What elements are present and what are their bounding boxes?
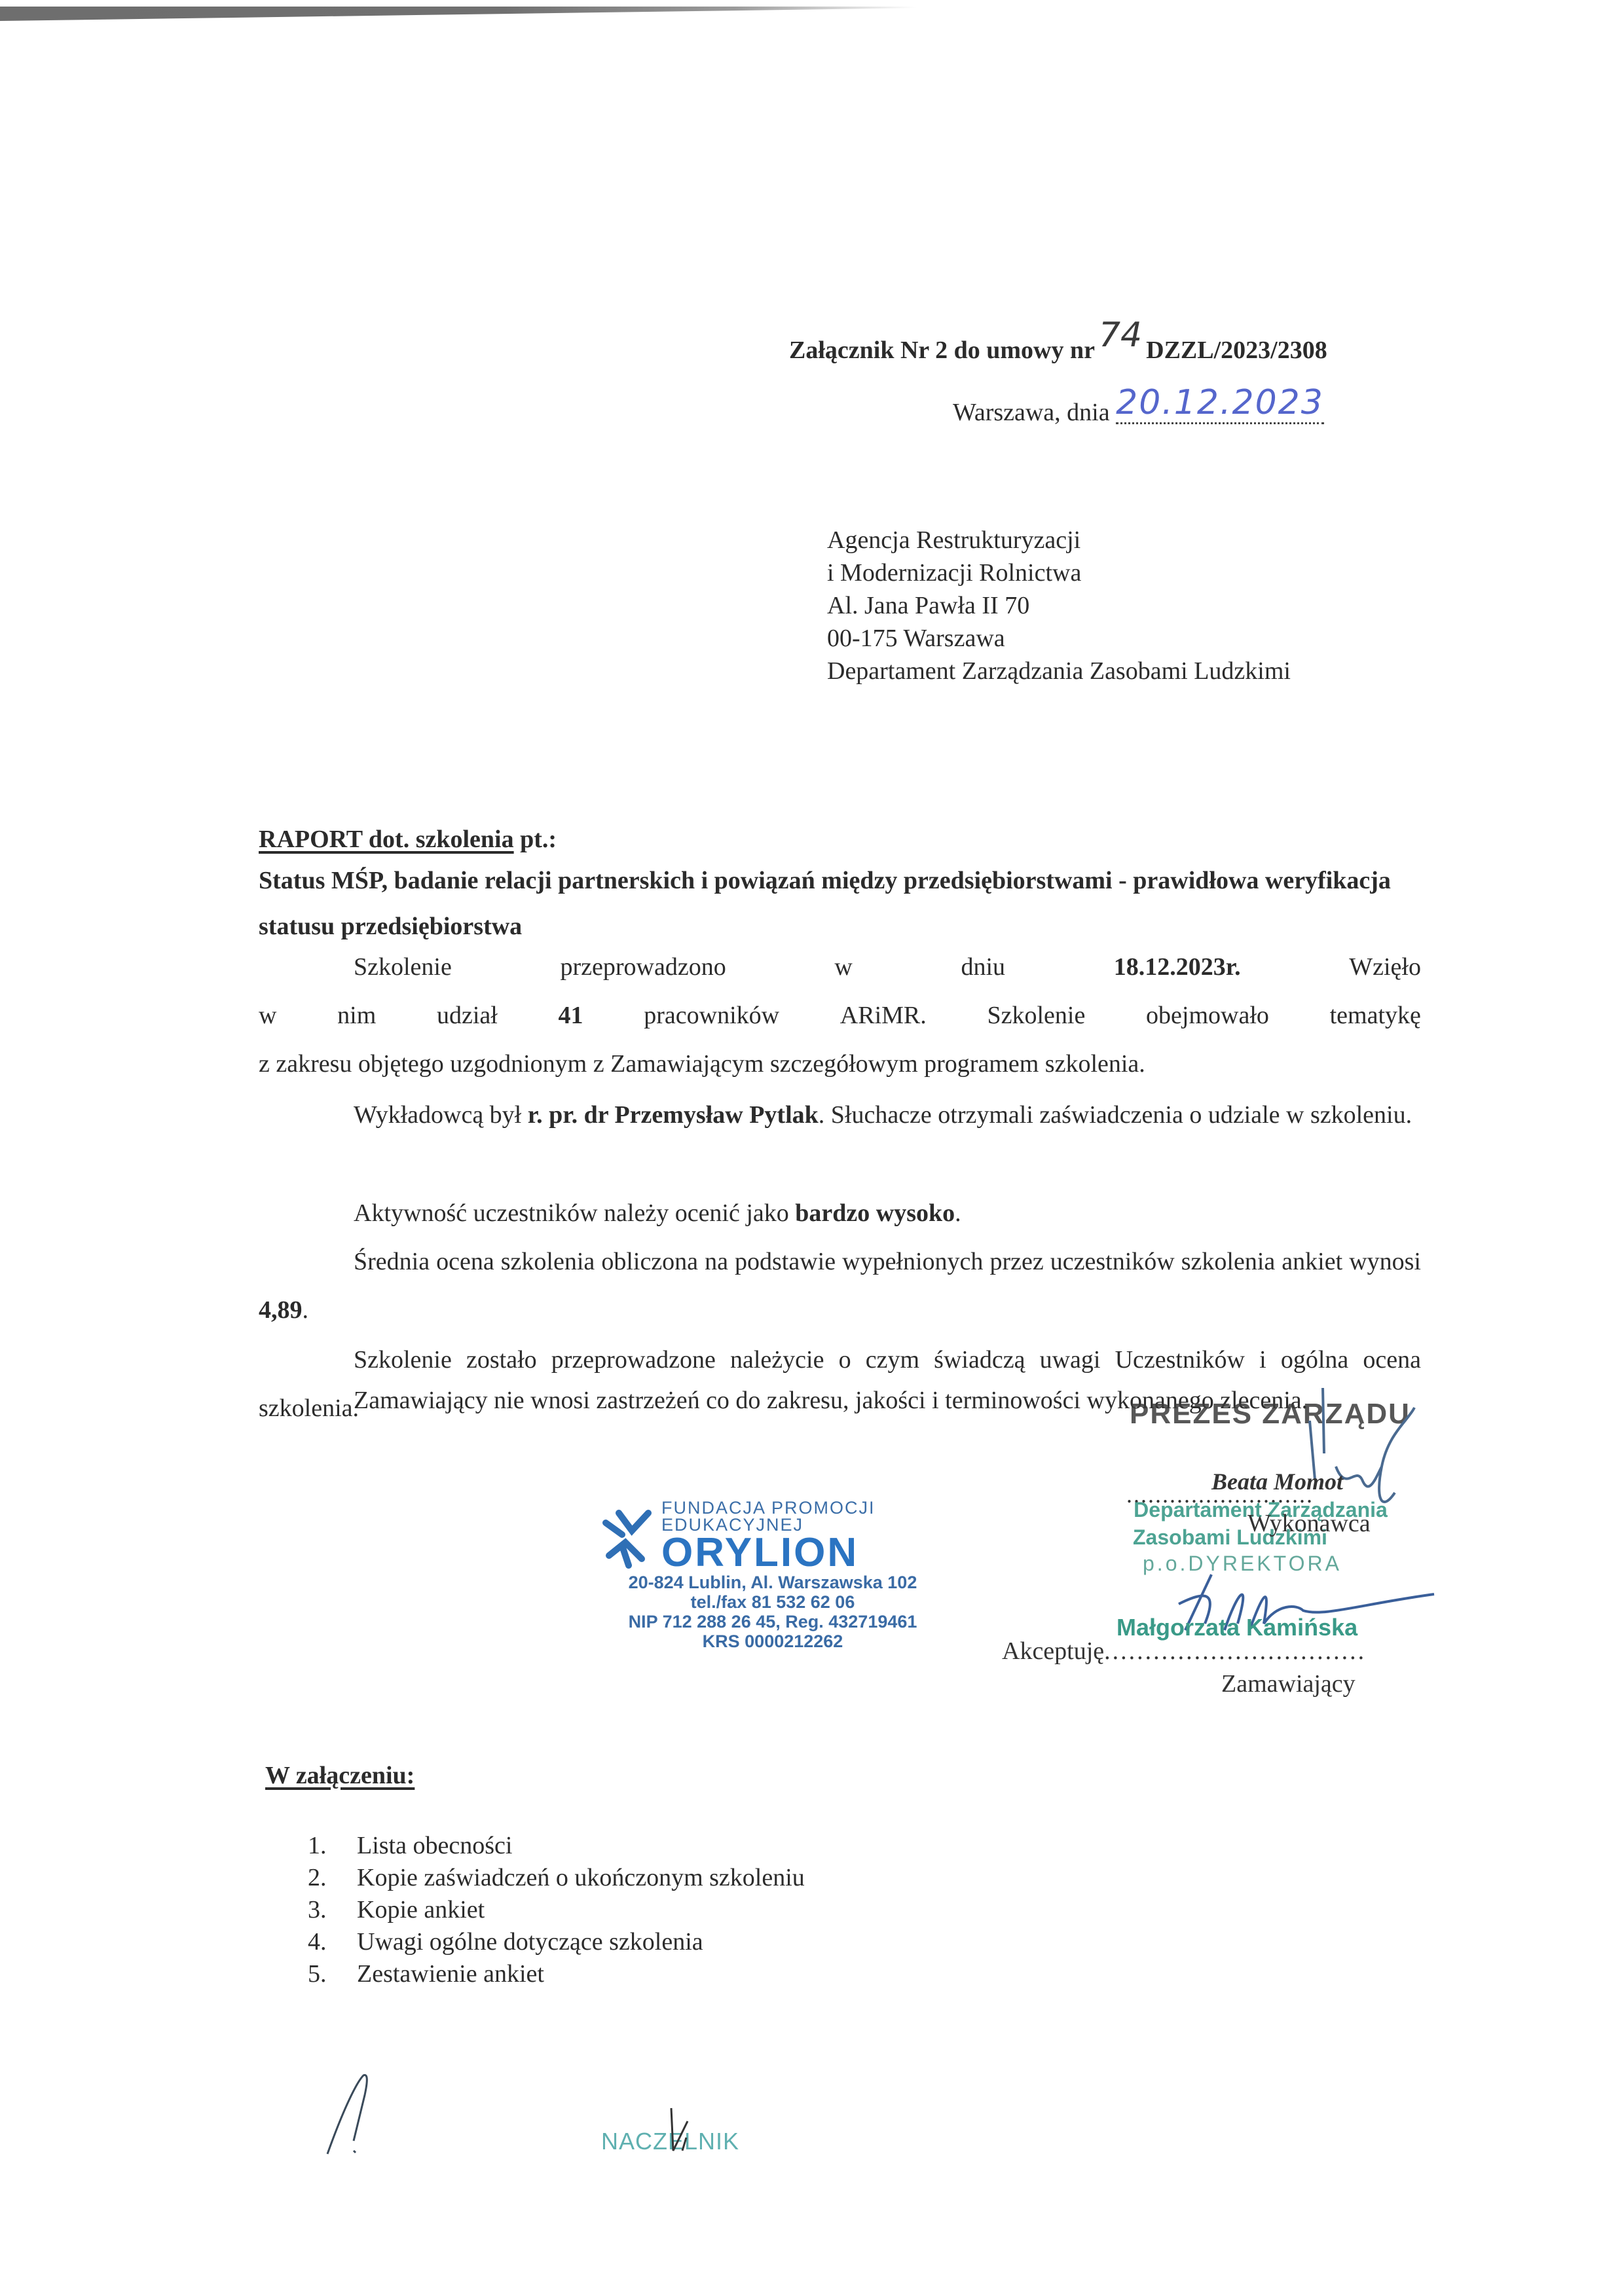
contractor-label: Wykonawca [1247, 1509, 1371, 1538]
word: Szkolenie [354, 943, 452, 991]
paragraph-activity: Aktywność uczestników należy ocenić jako… [259, 1189, 1421, 1237]
text: . [303, 1296, 309, 1324]
orylion-logo-icon [602, 1510, 655, 1562]
attachment-number: 3. [308, 1894, 357, 1926]
attachment-item: 5.Zestawienie ankiet [308, 1958, 805, 1990]
paragraph-lecturer: Wykładowcą był r. pr. dr Przemysław Pytl… [259, 1091, 1421, 1139]
attachments-list: 1.Lista obecności2.Kopie zaświadczeń o u… [308, 1830, 805, 1990]
attachment-number: 2. [308, 1862, 357, 1894]
word: ARiMR. [840, 991, 927, 1040]
word: tematykę [1330, 991, 1421, 1040]
word: 18.12.2023r. [1114, 943, 1241, 991]
accept-line: Akceptuję...............................… [1002, 1637, 1366, 1666]
reference-prefix: Załącznik Nr 2 do umowy nr [789, 337, 1095, 364]
addressee-line: Departament Zarządzania Zasobami Ludzkim… [827, 655, 1291, 687]
stamp-brand: ORYLION [661, 1533, 876, 1573]
attachment-number: 5. [308, 1958, 357, 1990]
stamp-phone: tel./fax 81 532 62 06 [602, 1592, 943, 1612]
paragraph-line: z zakresu objętego uzgodnionym z Zamawia… [259, 1040, 1421, 1088]
average-score: 4,89 [259, 1296, 303, 1324]
paragraph-training-info: Szkolenieprzeprowadzonowdniu18.12.2023r.… [259, 943, 1421, 1088]
word: Wzięło [1349, 943, 1421, 991]
word: w [259, 991, 276, 1040]
attachment-label: Kopie zaświadczeń o ukończonym szkoleniu [357, 1862, 805, 1894]
stamp-foundation-line: FUNDACJA PROMOCJI [661, 1499, 876, 1516]
text: Aktywność uczestników należy ocenić jako [354, 1199, 795, 1227]
training-title: Status MŚP, badanie relacji partnerskich… [259, 858, 1421, 949]
footer-signature [324, 2069, 403, 2160]
accept-label: Akceptuję [1002, 1637, 1104, 1665]
reference-number: DZZL/2023/2308 [1146, 337, 1327, 364]
word: udział [437, 991, 498, 1040]
text: . Słuchacze otrzymali zaświadczenia o ud… [819, 1101, 1412, 1129]
handwritten-contract-number: 74 [1099, 316, 1142, 355]
place-date: Warszawa, dnia 20.12.2023 [953, 390, 1324, 429]
lecturer-name: r. pr. dr Przemysław Pytlak [528, 1101, 819, 1129]
report-heading: RAPORT dot. szkolenia pt.: [259, 815, 1421, 864]
attachment-label: Kopie ankiet [357, 1894, 485, 1926]
text: . [955, 1199, 961, 1227]
stamp-address: 20-824 Lublin, Al. Warszawska 102 [602, 1573, 943, 1592]
text: Średnia ocena szkolenia obliczona na pod… [354, 1248, 1421, 1275]
addressee-line: Agencja Restrukturyzacji [827, 524, 1291, 556]
word: 41 [559, 991, 583, 1040]
attachment-item: 1.Lista obecności [308, 1830, 805, 1862]
attachment-label: Zestawienie ankiet [357, 1958, 544, 1990]
stamp-krs: KRS 0000212262 [602, 1631, 943, 1651]
paragraph-line: Szkolenieprzeprowadzonowdniu18.12.2023r.… [259, 943, 1421, 991]
word: dniu [961, 943, 1006, 991]
accept-signature-dots: ................................ [1104, 1637, 1366, 1665]
word: obejmowało [1146, 991, 1269, 1040]
orylion-stamp: FUNDACJA PROMOCJI EDUKACYJNEJ ORYLION 20… [602, 1499, 943, 1651]
text: Wykładowcą był [354, 1101, 528, 1129]
addressee-block: Agencja Restrukturyzacji i Modernizacji … [827, 524, 1291, 687]
attachment-item: 2.Kopie zaświadczeń o ukończonym szkolen… [308, 1862, 805, 1894]
attachment-item: 3.Kopie ankiet [308, 1894, 805, 1926]
date-prefix: Warszawa, dnia [953, 399, 1110, 426]
paragraph-average-score: Średnia ocena szkolenia obliczona na pod… [259, 1237, 1421, 1334]
handwritten-date: 20.12.2023 [1116, 383, 1324, 424]
contract-reference: Załącznik Nr 2 do umowy nr74DZZL/2023/23… [789, 327, 1327, 367]
client-label: Zamawiający [1221, 1669, 1356, 1698]
word: nim [337, 991, 376, 1040]
attachment-item: 4.Uwagi ogólne dotyczące szkolenia [308, 1926, 805, 1958]
naczelnik-initial-mark [668, 2105, 694, 2157]
word: w [834, 943, 852, 991]
paragraph-line: wnimudział41pracownikówARiMR.Szkolenieob… [259, 991, 1421, 1040]
attachment-label: Uwagi ogólne dotyczące szkolenia [357, 1926, 703, 1958]
report-heading-underlined: RAPORT dot. szkolenia [259, 826, 514, 853]
word: pracowników [644, 991, 779, 1040]
attachment-label: Lista obecności [357, 1830, 512, 1862]
attachment-number: 1. [308, 1830, 357, 1862]
attachments-heading: W załączeniu: [265, 1761, 415, 1790]
attachment-number: 4. [308, 1926, 357, 1958]
activity-rating: bardzo wysoko [795, 1199, 955, 1227]
stamp-nip: NIP 712 288 26 45, Reg. 432719461 [602, 1612, 943, 1631]
word: przeprowadzono [561, 943, 726, 991]
word: Szkolenie [987, 991, 1085, 1040]
addressee-line: 00-175 Warszawa [827, 622, 1291, 655]
addressee-line: Al. Jana Pawła II 70 [827, 589, 1291, 622]
addressee-line: i Modernizacji Rolnictwa [827, 556, 1291, 589]
report-heading-suffix: pt.: [514, 826, 557, 853]
scan-edge-artifact [0, 7, 917, 21]
